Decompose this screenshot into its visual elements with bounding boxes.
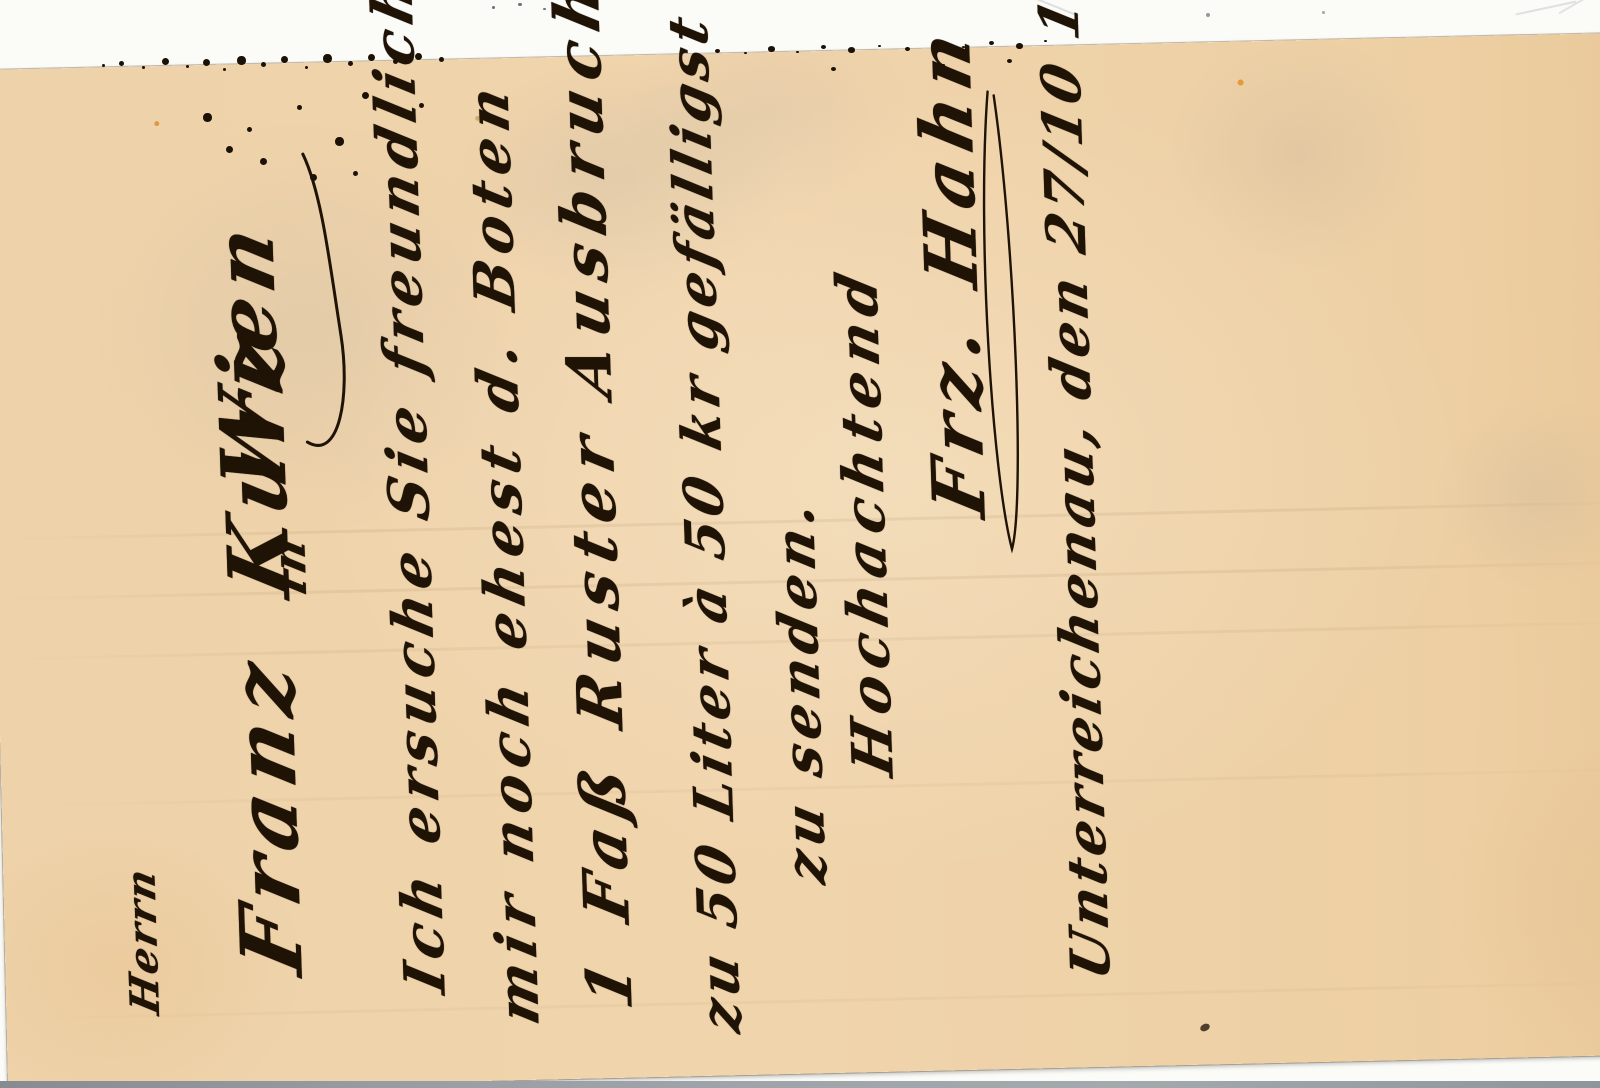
city-underline-flourish xyxy=(293,145,356,456)
scanner-strip xyxy=(0,1081,1600,1088)
ink-speckle-cluster xyxy=(692,54,695,56)
ink-speckle-cluster xyxy=(102,64,105,67)
scanner-dust-speck xyxy=(1322,11,1325,14)
message-line: Ich ersuche Sie freundlichst, xyxy=(361,0,454,997)
message-line: 1 Faß Ruster Ausbruch xyxy=(545,0,642,1013)
foxing-dot xyxy=(1238,79,1244,85)
message-line: mir noch ehest d. Boten xyxy=(460,75,548,1029)
dateline: Unterreichenau, den 27/10 1897. xyxy=(1026,0,1118,984)
closing-line: Hochachtend xyxy=(829,261,902,780)
address-city: Wien xyxy=(203,213,294,497)
handwriting-layer: Herrn Franz Kurz in Wien Ich ersuche Sie… xyxy=(27,0,1211,1088)
message-line: zu senden. xyxy=(767,492,834,887)
address-preposition: in xyxy=(265,531,313,598)
message-line: zu 50 Liter à 50 kr gefälligst xyxy=(660,7,748,1036)
scanner-dust-speck xyxy=(1206,13,1210,17)
scanned-postcard-page: Herrn Franz Kurz in Wien Ich ersuche Sie… xyxy=(0,0,1600,1088)
address-salutation: Herrn xyxy=(121,864,166,1017)
